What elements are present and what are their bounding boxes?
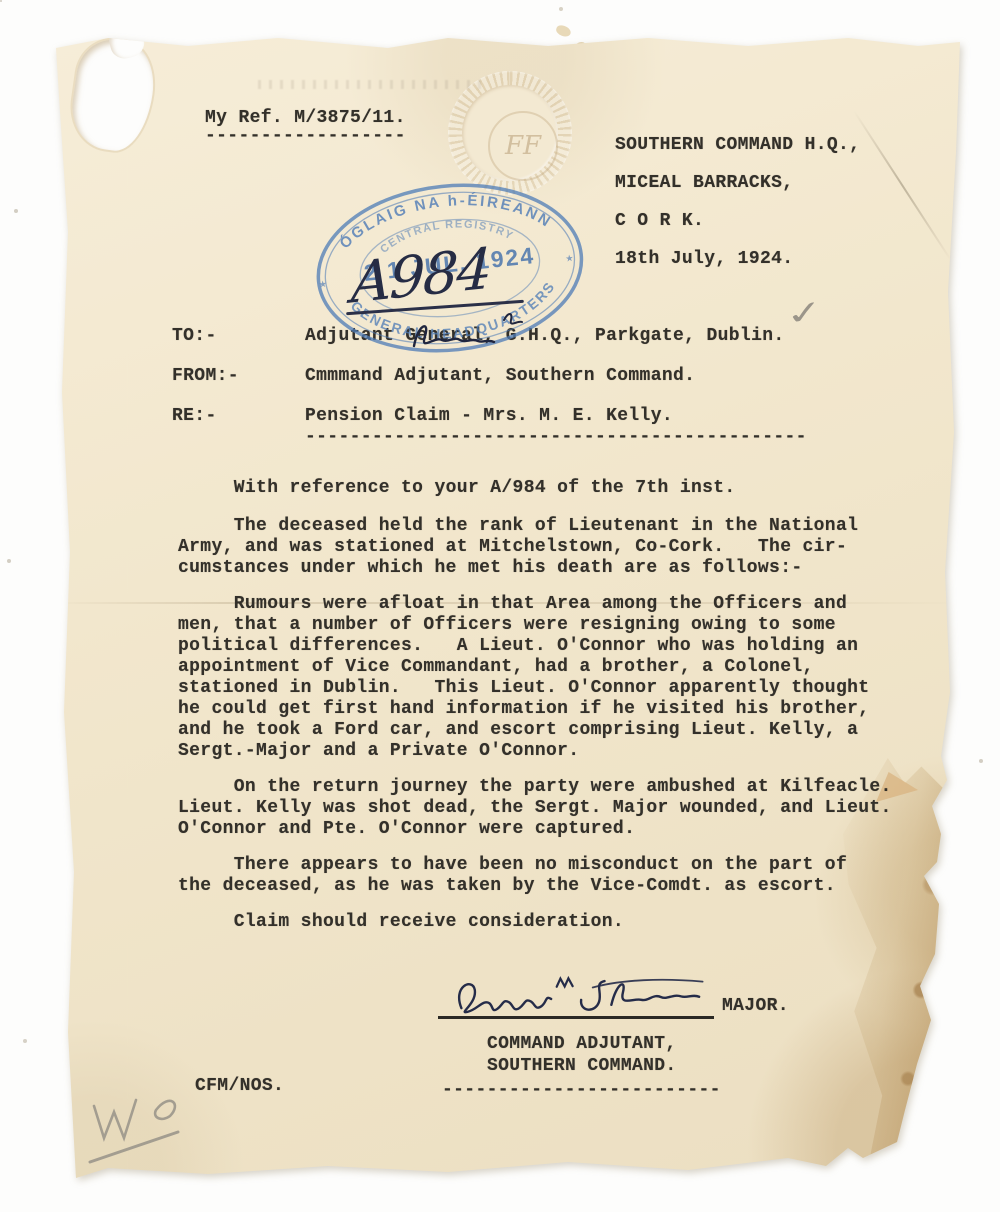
body-paragraph: The deceased held the rank of Lieutenant… [178,516,938,579]
letterhead-line2: MICEAL BARRACKS, [615,173,793,194]
stamp-star-left-icon: ★ [318,276,328,292]
handwritten-initials-scribble [408,312,528,372]
body-paragraph: On the return journey the party were amb… [178,777,938,840]
body-paragraph: With reference to your A/984 of the 7th … [178,478,938,499]
corner-crease [853,110,952,260]
letterhead-line3: C O R K. [615,211,704,232]
scanned-letter: FF My Ref. M/3875/11. ------------------… [0,0,1000,1212]
body-paragraph: Rumours were afloat in that Area among t… [178,594,938,762]
signature-title-line1: COMMAND ADJUTANT, [487,1034,677,1055]
body-paragraph: Claim should receive consideration. [178,912,938,933]
pencil-initials [84,1084,194,1174]
letterhead-line1: SOUTHERN COMMAND H.Q., [615,135,860,156]
from-row: FROM:-Cmmmand Adjutant, Southern Command… [172,366,892,387]
letterhead-line4: 18th July, 1924. [615,249,793,270]
seal-monogram: FF [505,131,541,161]
re-row: RE:-Pension Claim - Mrs. M. E. Kelly. [172,406,892,427]
to-label: TO:- [172,326,305,347]
pencil-checkmark: ✓ [783,293,826,334]
re-label: RE:- [172,406,305,427]
paper-wrapper: FF My Ref. M/3875/11. ------------------… [0,0,1000,1212]
letter-body: With reference to your A/984 of the 7th … [178,478,938,948]
stamp-star-right-icon: ★ [565,250,575,266]
embossed-seal-inner: FF [462,85,558,181]
signature-rank: MAJOR. [722,996,789,1017]
re-underline: ----------------------------------------… [305,427,892,448]
signature-title-line2: SOUTHERN COMMAND. [487,1056,677,1077]
body-paragraph: There appears to have been no misconduct… [178,855,938,897]
ink-offset-marks [258,80,488,89]
signature-underline [438,1016,714,1019]
re-value: Pension Claim - Mrs. M. E. Kelly. [305,406,673,426]
typist-initials: CFM/NOS. [195,1076,284,1097]
ref-underline: ------------------ [205,126,406,147]
letter-paper: FF My Ref. M/3875/11. ------------------… [48,32,964,1182]
from-label: FROM:- [172,366,305,387]
signature-block-underline: ------------------------- [442,1080,721,1101]
